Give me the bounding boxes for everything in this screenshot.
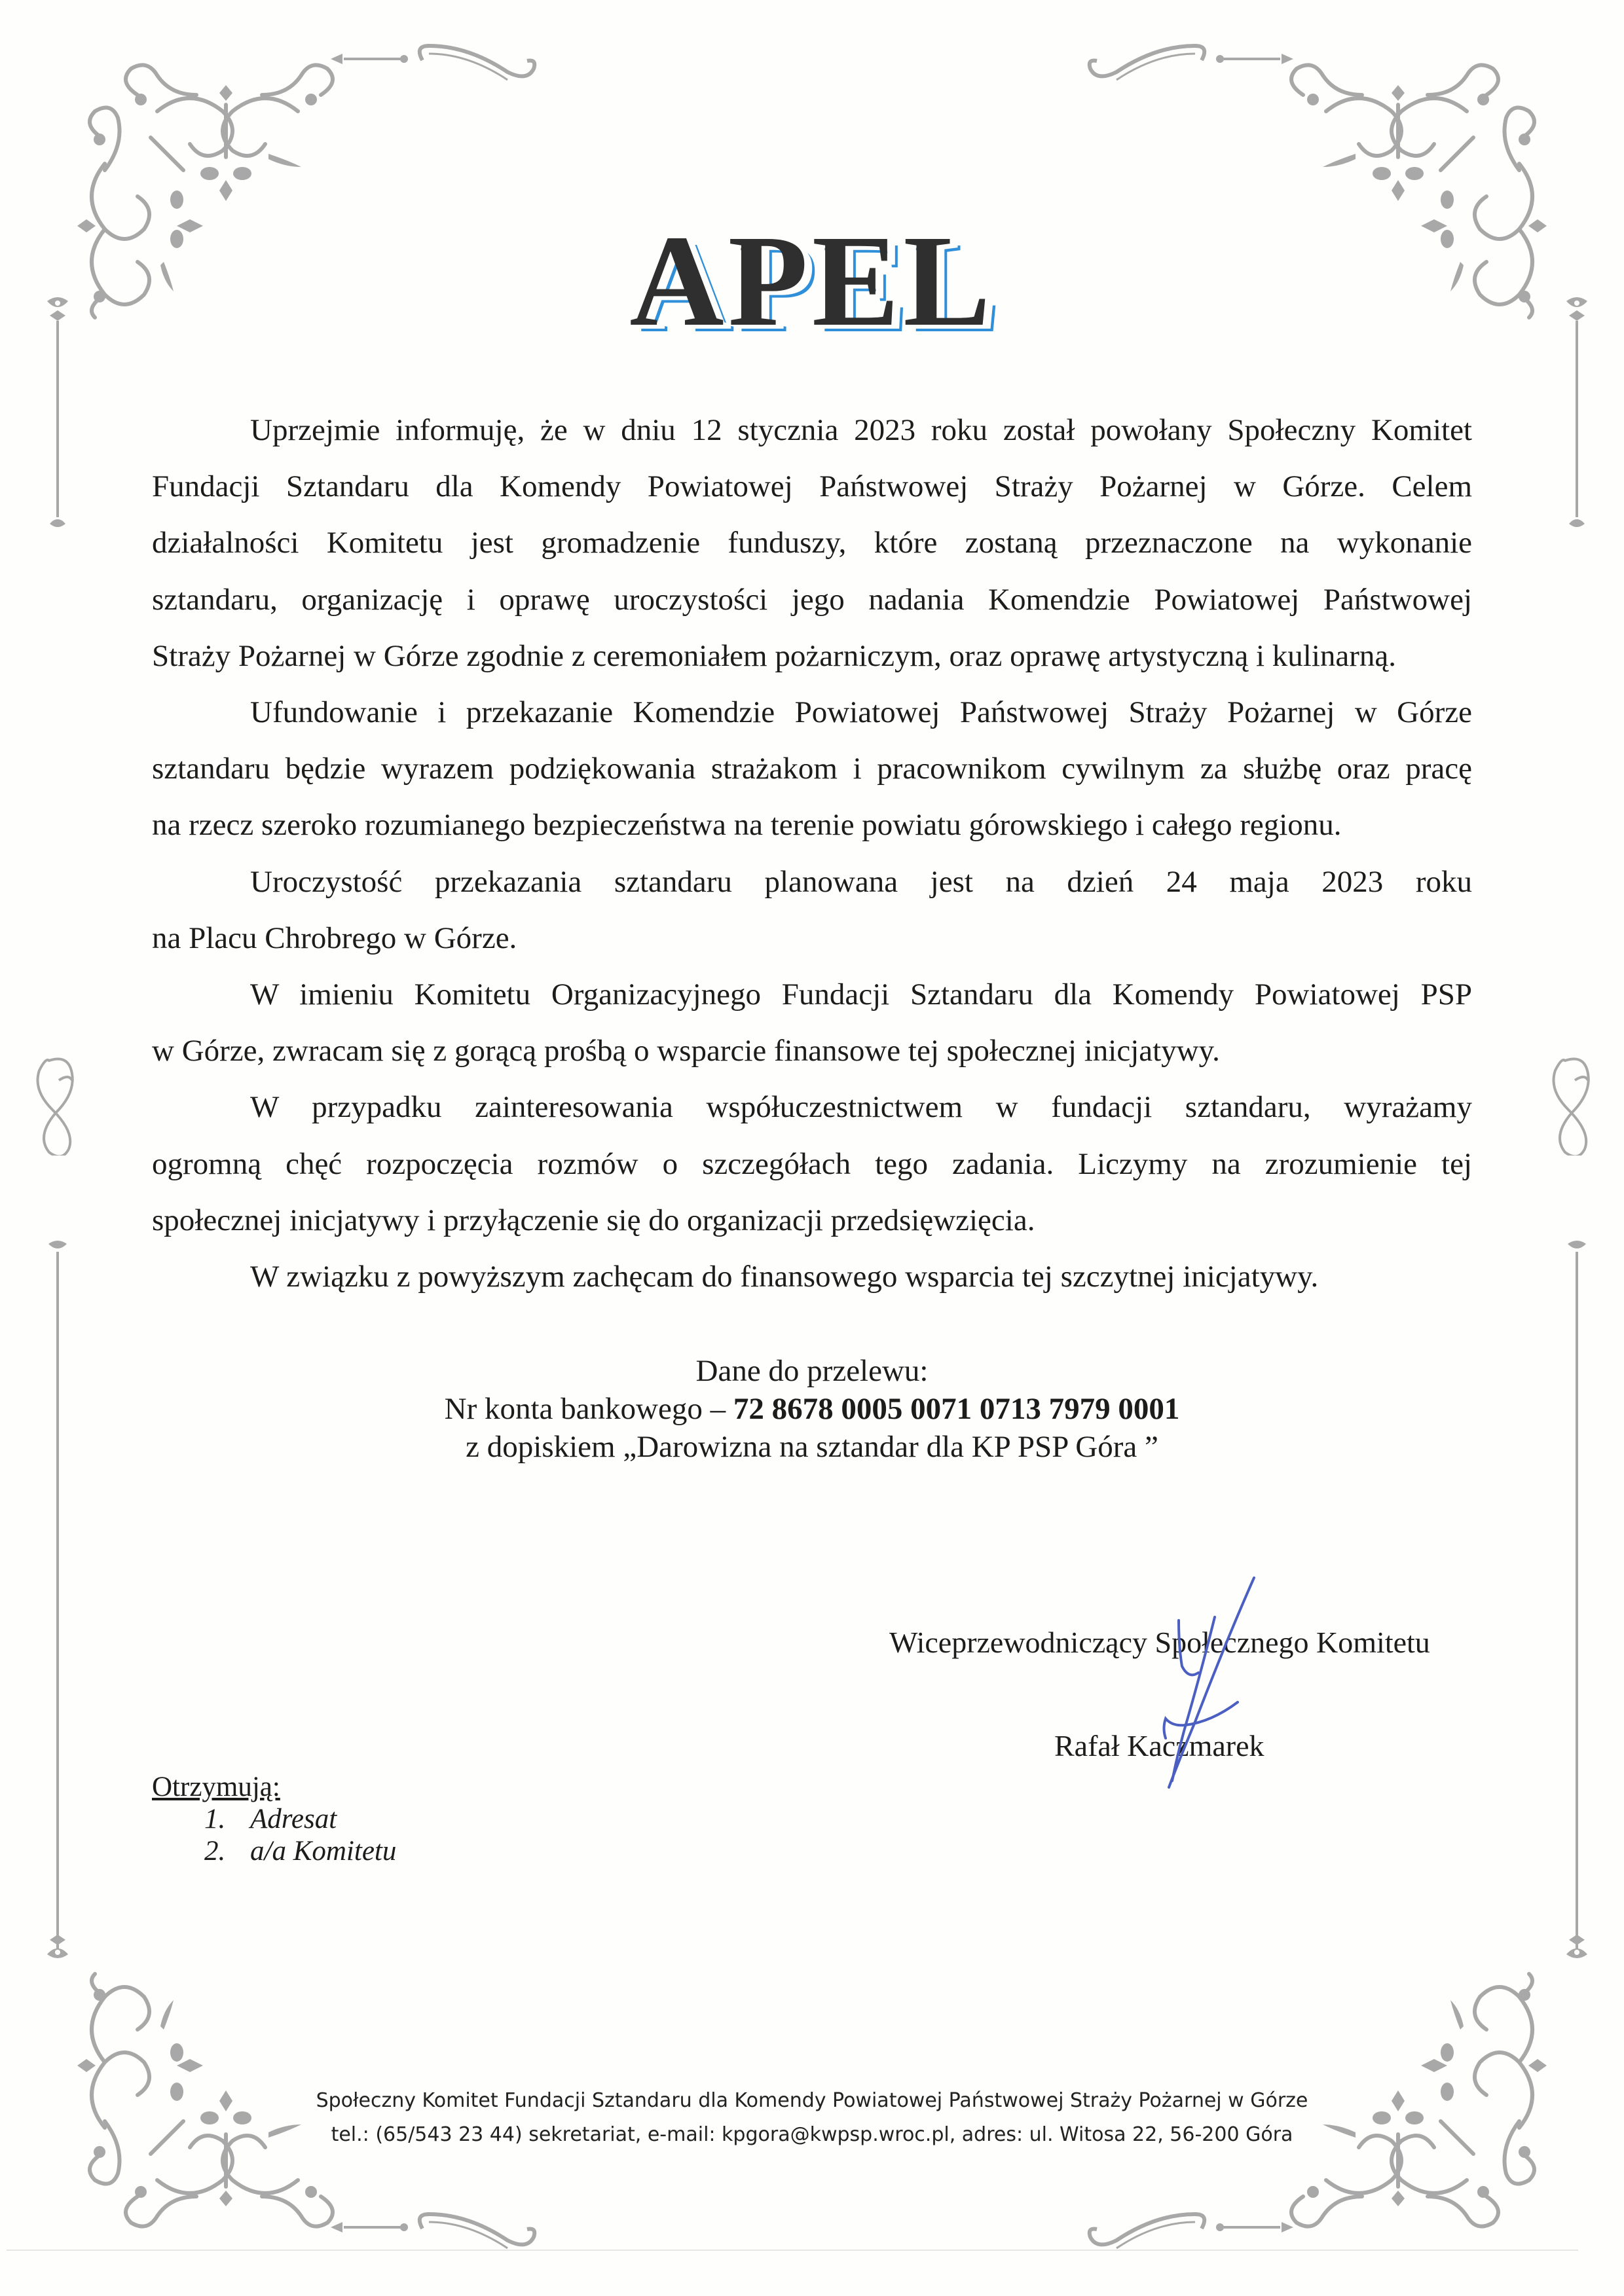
scroll-divider-top	[331, 39, 1293, 85]
paragraph-line: Fundacji Sztandaru dla Komendy Powiatowe…	[152, 458, 1472, 515]
beaded-rod-right-lower	[1560, 1237, 1593, 1964]
infinity-knot-right	[1552, 1057, 1604, 1156]
account-number: 72 8678 0005 0071 0713 7979 0001	[733, 1392, 1180, 1426]
bank-account-line: Nr konta bankowego – 72 8678 0005 0071 0…	[0, 1390, 1624, 1428]
transfer-details: Dane do przelewu: Nr konta bankowego – 7…	[0, 1352, 1624, 1466]
page-title: APEL	[0, 216, 1624, 347]
paragraph-line: Uroczystość przekazania sztandaru planow…	[152, 854, 1472, 910]
paragraph-line: na Placu Chrobrego w Górze.	[152, 910, 1472, 966]
paragraph-line: W związku z powyższym zachęcam do finans…	[152, 1248, 1472, 1305]
recipients-list: Otrzymują: 1.Adresat 2.a/a Komitetu	[152, 1771, 396, 1867]
transfer-heading: Dane do przelewu:	[0, 1352, 1624, 1390]
paragraph-line: W imieniu Komitetu Organizacyjnego Funda…	[152, 966, 1472, 1023]
account-label: Nr konta bankowego –	[445, 1392, 733, 1426]
paragraph-line: społecznej inicjatywy i przyłączenie się…	[152, 1192, 1472, 1248]
beaded-rod-left-lower	[41, 1237, 74, 1964]
handwritten-signature-icon	[1113, 1558, 1283, 1797]
transfer-note: z dopiskiem „Darowizna na sztandar dla K…	[0, 1428, 1624, 1466]
recipient-item: 1.Adresat	[152, 1803, 396, 1835]
infinity-knot-left	[36, 1057, 88, 1156]
letter-body: Uprzejmie informuję, że w dniu 12 styczn…	[152, 402, 1472, 1305]
paragraph-line: w Górze, zwracam się z gorącą prośbą o w…	[152, 1023, 1472, 1079]
recipient-item: 2.a/a Komitetu	[152, 1835, 396, 1867]
paragraph-line: Straży Pożarnej w Górze zgodnie z ceremo…	[152, 628, 1472, 684]
paragraph-line: sztandaru, organizację i oprawę uroczyst…	[152, 572, 1472, 628]
paragraph-line: Uprzejmie informuję, że w dniu 12 styczn…	[152, 402, 1472, 458]
paragraph-line: na rzecz szeroko rozumianego bezpieczeńs…	[152, 797, 1472, 853]
recipients-heading: Otrzymują:	[152, 1771, 396, 1803]
paragraph-6: W związku z powyższym zachęcam do finans…	[152, 1248, 1472, 1305]
paragraph-line: ogromną chęć rozpoczęcia rozmów o szczeg…	[152, 1136, 1472, 1192]
paragraph-1: Uprzejmie informuję, że w dniu 12 styczn…	[152, 402, 1472, 684]
paragraph-line: Ufundowanie i przekazanie Komendzie Powi…	[152, 684, 1472, 740]
paragraph-line: sztandaru będzie wyrazem podziękowania s…	[152, 740, 1472, 797]
paragraph-4: W imieniu Komitetu Organizacyjnego Funda…	[152, 966, 1472, 1079]
paragraph-line: W przypadku zainteresowania współuczestn…	[152, 1079, 1472, 1135]
page-edge-line	[7, 2250, 1578, 2251]
footer-contact: tel.: (65/543 23 44) sekretariat, e-mail…	[0, 2118, 1624, 2152]
paragraph-3: Uroczystość przekazania sztandaru planow…	[152, 854, 1472, 966]
footer-organization: Społeczny Komitet Fundacji Sztandaru dla…	[0, 2084, 1624, 2118]
paragraph-2: Ufundowanie i przekazanie Komendzie Powi…	[152, 684, 1472, 854]
paragraph-line: działalności Komitetu jest gromadzenie f…	[152, 515, 1472, 571]
scroll-divider-bottom	[331, 2208, 1293, 2253]
letterhead-footer: Społeczny Komitet Fundacji Sztandaru dla…	[0, 2084, 1624, 2152]
paragraph-5: W przypadku zainteresowania współuczestn…	[152, 1079, 1472, 1248]
